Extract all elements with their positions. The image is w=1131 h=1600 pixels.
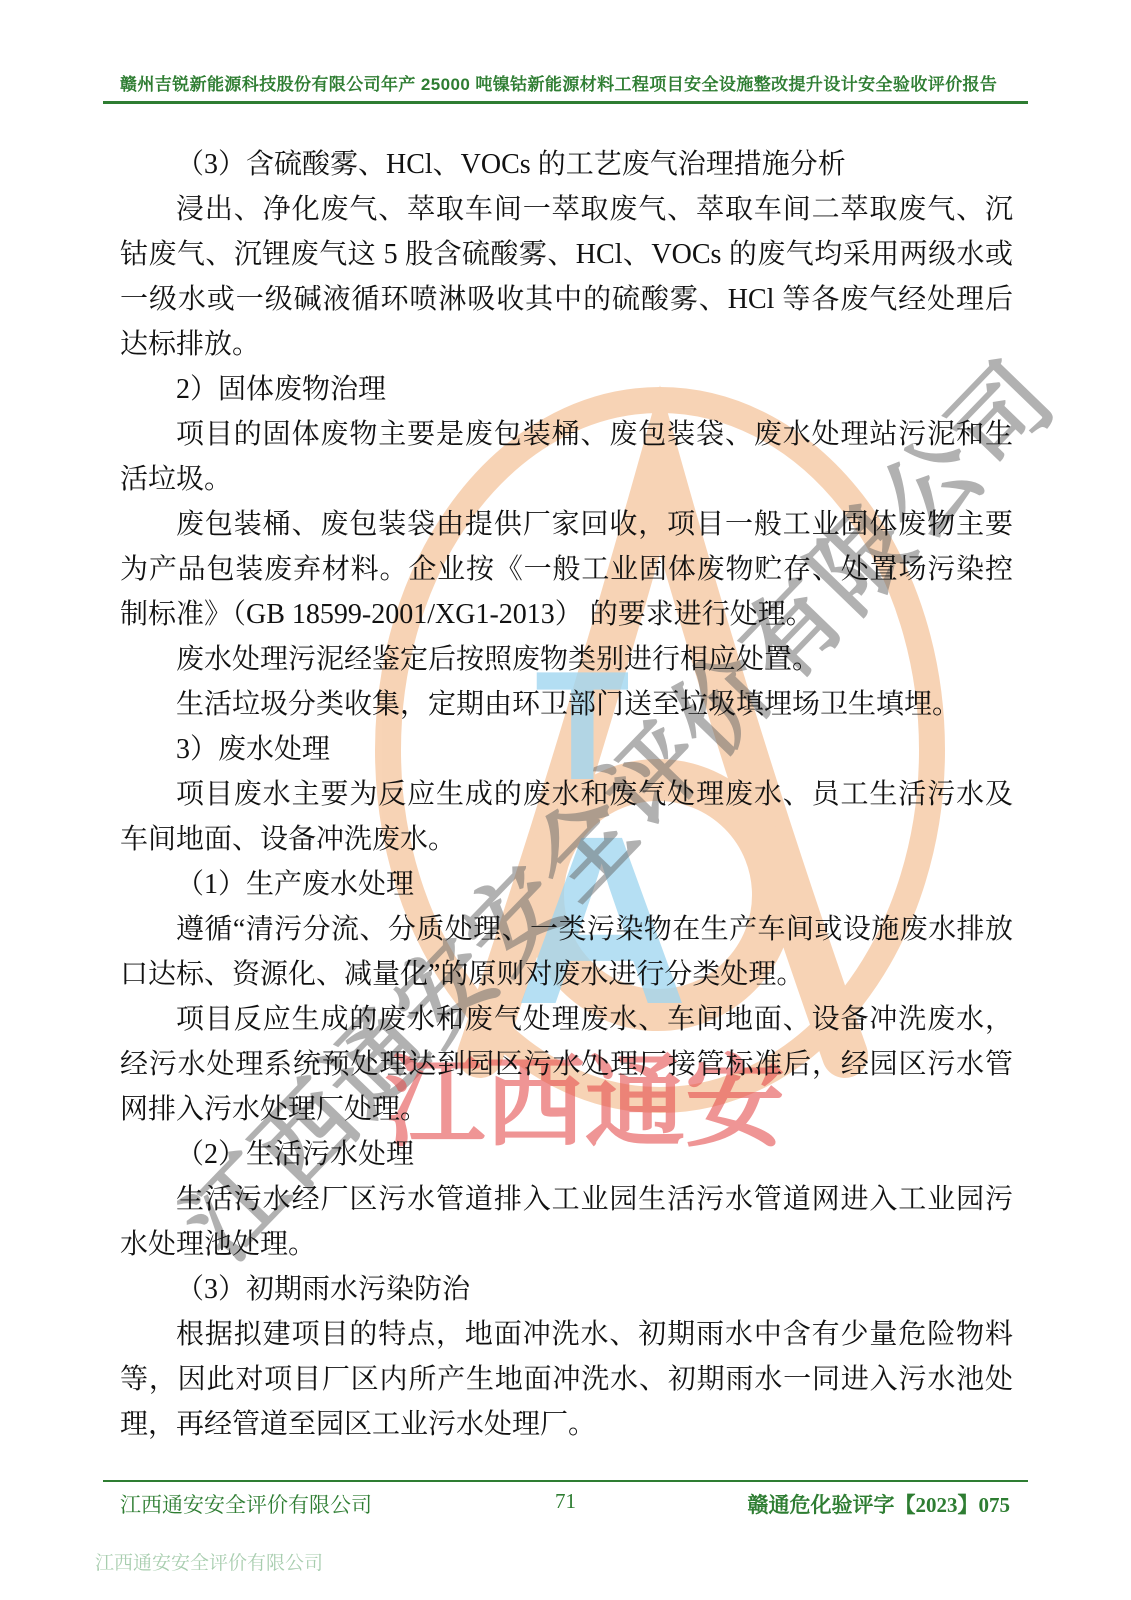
- paragraph: 浸出、净化废气、萃取车间一萃取废气、萃取车间二萃取废气、沉钴废气、沉锂废气这 5…: [120, 187, 1013, 367]
- paragraph: （3）含硫酸雾、HCl、VOCs 的工艺废气治理措施分析: [120, 142, 1013, 187]
- header-rule: [103, 101, 1028, 104]
- paragraph: 遵循“清污分流、分质处理、一类污染物在生产车间或设施废水排放口达标、资源化、减量…: [120, 907, 1013, 997]
- paragraph: 项目反应生成的废水和废气处理废水、车间地面、设备冲洗废水，经污水处理系统预处理达…: [120, 997, 1013, 1132]
- report-page: T A 江西通安安全评价有限公司 江西通安 赣州吉锐新能源科技股份有限公司年产 …: [0, 0, 1131, 1600]
- paragraph: （1）生产废水处理: [120, 862, 1013, 907]
- page-footer: 江西通安安全评价有限公司 71 赣通危化验评字【2023】075: [0, 1489, 1131, 1519]
- paragraph: 3）废水处理: [120, 727, 1013, 772]
- footer-page-number: 71: [555, 1489, 576, 1514]
- footer-company: 江西通安安全评价有限公司: [120, 1489, 372, 1519]
- paragraph: （2）生活污水处理: [120, 1132, 1013, 1177]
- paragraph: 废水处理污泥经鉴定后按照废物类别进行相应处置。: [120, 637, 1013, 682]
- paragraph: 生活垃圾分类收集，定期由环卫部门送至垃圾填埋场卫生填埋。: [120, 682, 1013, 727]
- footer-rule: [103, 1480, 1028, 1482]
- footer-ghost-text: 江西通安安全评价有限公司: [95, 1548, 323, 1575]
- paragraph: 项目废水主要为反应生成的废水和废气处理废水、员工生活污水及车间地面、设备冲洗废水…: [120, 772, 1013, 862]
- paragraph: 生活污水经厂区污水管道排入工业园生活污水管道网进入工业园污水处理池处理。: [120, 1177, 1013, 1267]
- paragraph: 项目的固体废物主要是废包装桶、废包装袋、废水处理站污泥和生活垃圾。: [120, 412, 1013, 502]
- footer-doc-number: 赣通危化验评字【2023】075: [748, 1489, 1011, 1519]
- paragraph: 根据拟建项目的特点，地面冲洗水、初期雨水中含有少量危险物料等，因此对项目厂区内所…: [120, 1312, 1013, 1447]
- document-body: （3）含硫酸雾、HCl、VOCs 的工艺废气治理措施分析 浸出、净化废气、萃取车…: [120, 142, 1013, 1447]
- paragraph: 废包装桶、废包装袋由提供厂家回收，项目一般工业固体废物主要为产品包装废弃材料。企…: [120, 502, 1013, 637]
- page-header-title: 赣州吉锐新能源科技股份有限公司年产 25000 吨镍钴新能源材料工程项目安全设施…: [120, 70, 1010, 95]
- paragraph: （3）初期雨水污染防治: [120, 1267, 1013, 1312]
- paragraph: 2）固体废物治理: [120, 367, 1013, 412]
